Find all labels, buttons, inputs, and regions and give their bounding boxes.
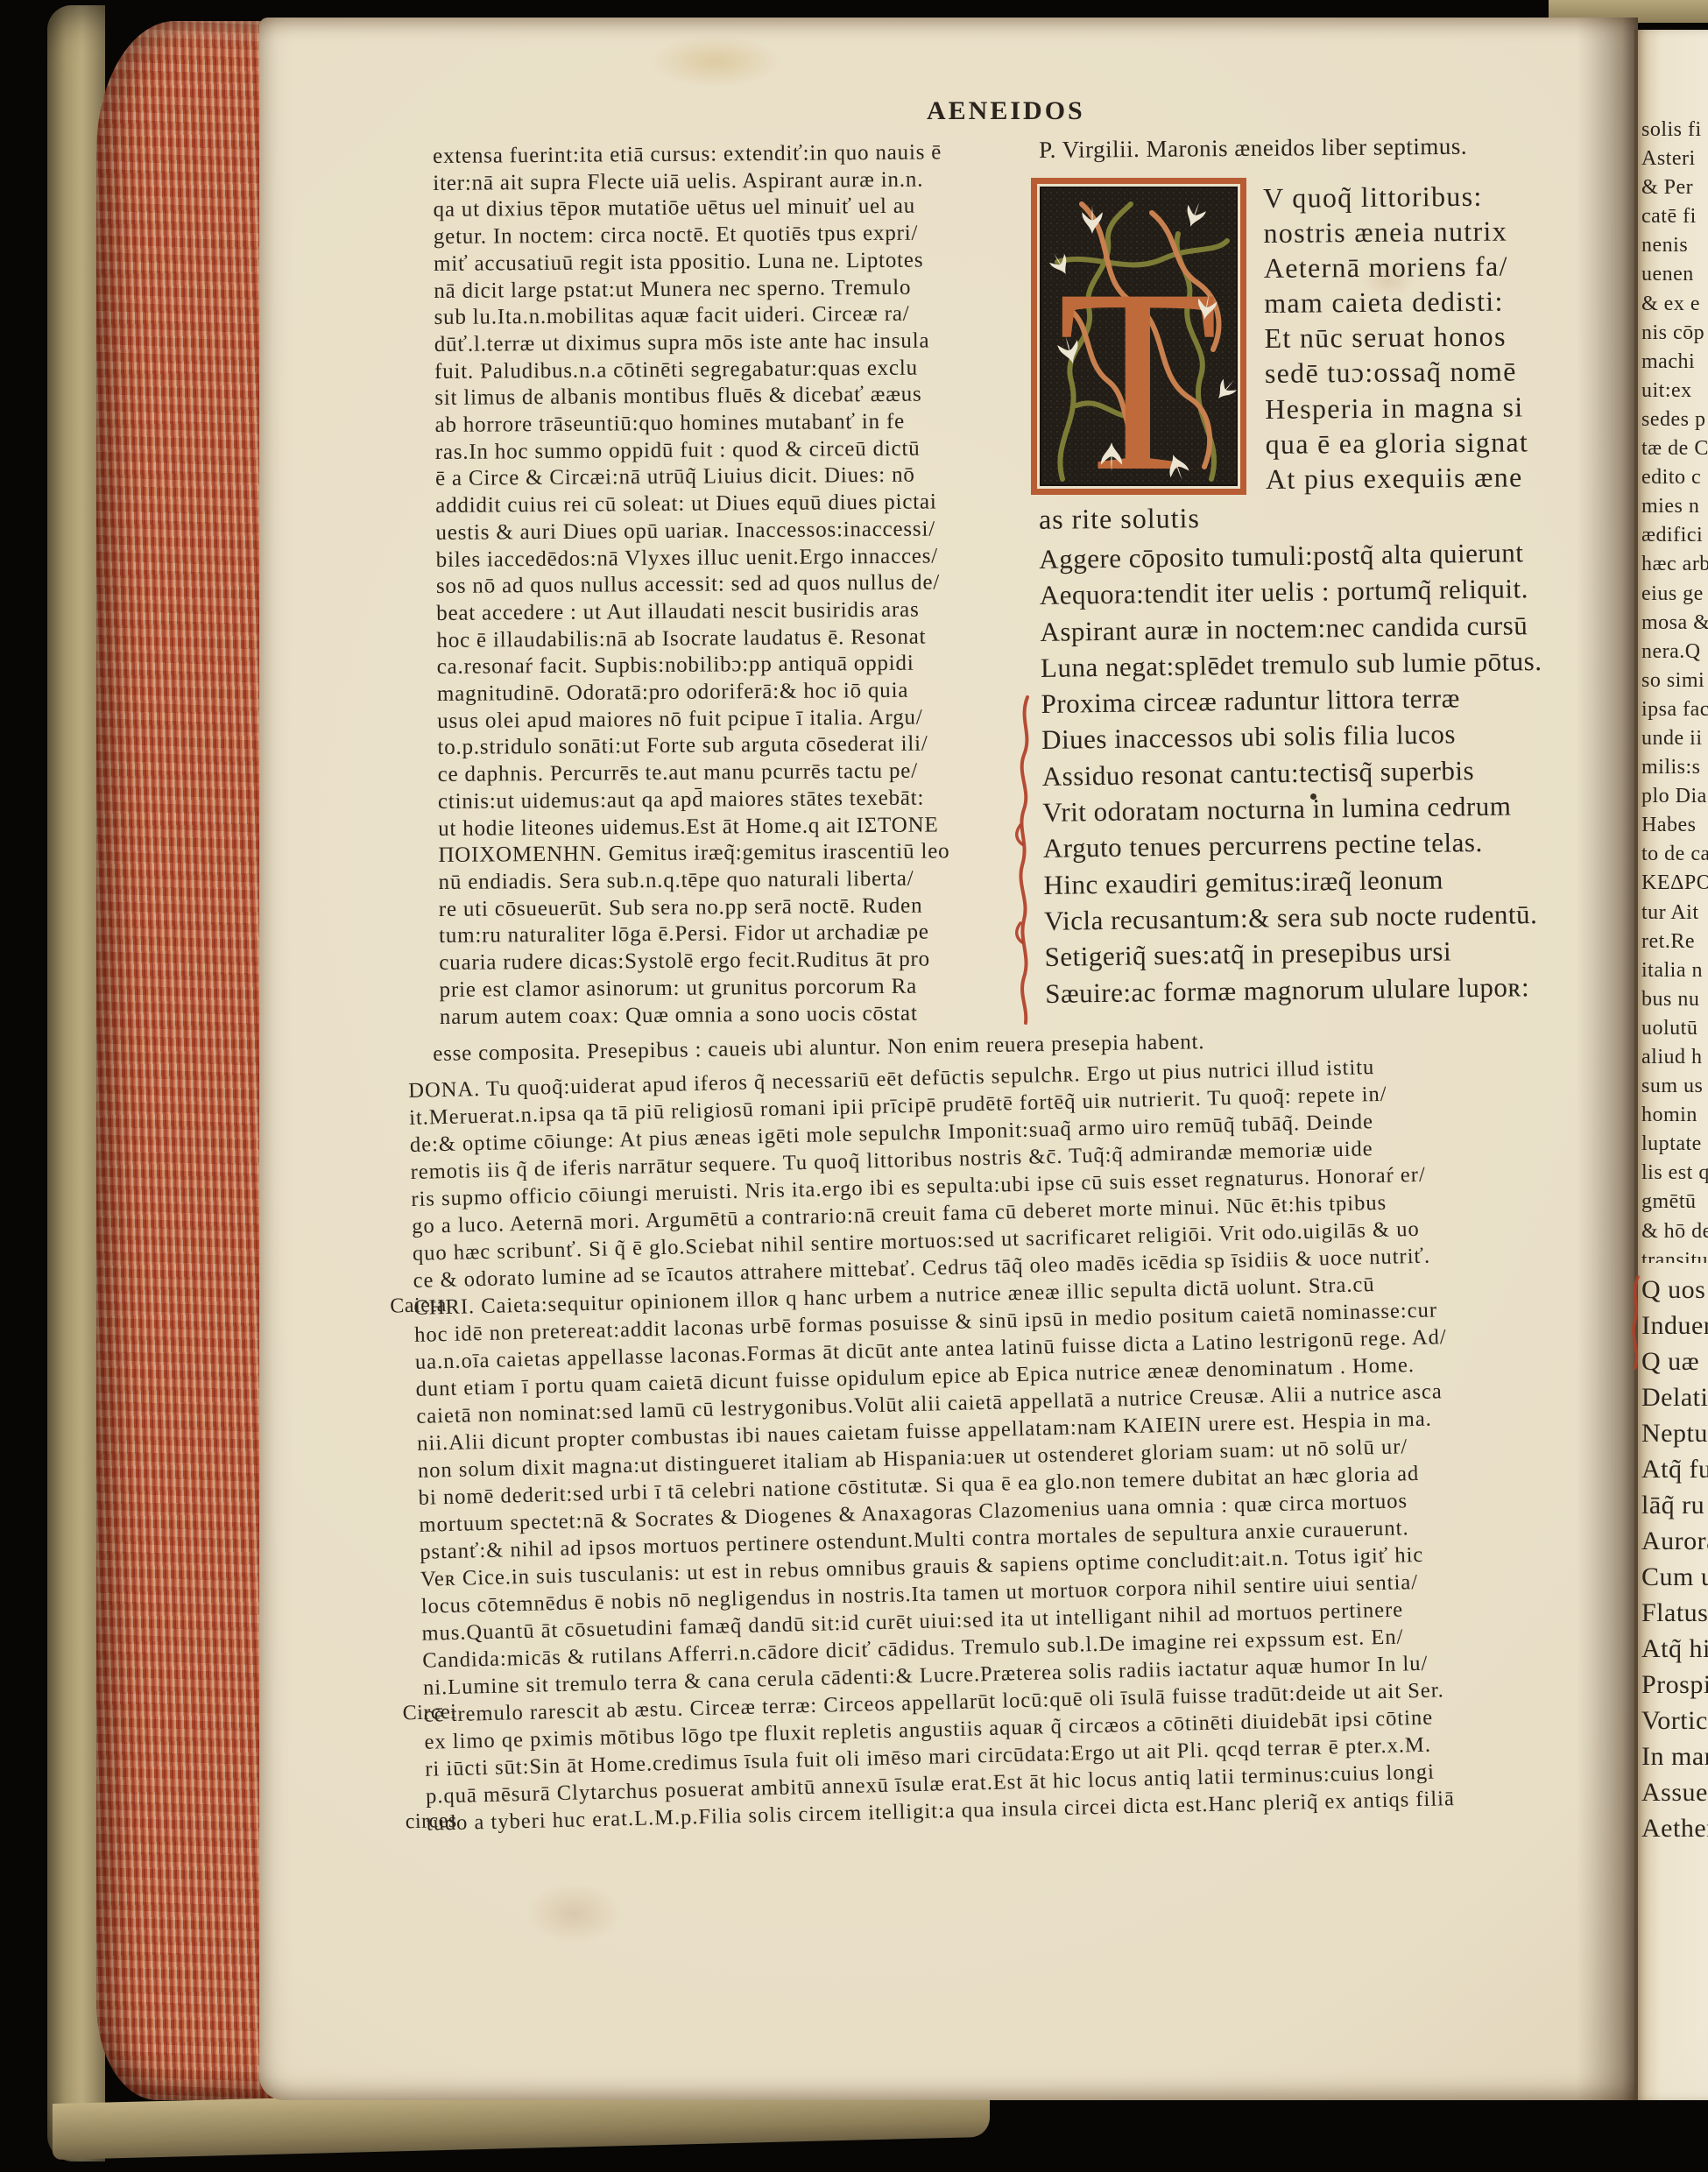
verse-fragment: Flatus: — [1641, 1595, 1708, 1631]
verse-beside-initial: V quoq̃ littoribus:nostris æneia nutrixA… — [1263, 178, 1616, 497]
lower-commentary-block: Caieta Circei circes DONA. Tu quoq̃:uide… — [408, 1047, 1635, 1837]
text-fragment: eius ge — [1641, 580, 1708, 609]
verse-line: nostris æneia nutrix — [1263, 213, 1613, 251]
verse-line: qua ē ea gloria signat — [1265, 423, 1615, 462]
text-fragment: mosa & — [1641, 609, 1708, 638]
text-fragment: uit:ex — [1641, 377, 1708, 405]
verse-line: sedē tuɔ:ossaq̃ nomē — [1265, 353, 1615, 391]
verse-fragment: Delati — [1641, 1379, 1708, 1415]
margin-note-caieta: Caieta — [390, 1292, 447, 1321]
text-fragment: & Per — [1641, 173, 1708, 202]
text-fragment: italia n — [1641, 956, 1708, 985]
text-fragment: ipsa fac — [1641, 695, 1708, 724]
text-fragment: gmētū — [1641, 1188, 1708, 1216]
text-fragment: hæc arb — [1641, 550, 1708, 579]
verse-fragment: Induer — [1641, 1308, 1708, 1343]
text-fragment: aliud h — [1641, 1043, 1708, 1072]
next-page-verse-fragments: Q uosInduerQ uæDelatiNeptuAtq̃ fulāq̃ ru… — [1641, 1272, 1708, 1850]
verse-line: Aeternā moriens fa/ — [1264, 248, 1614, 286]
text-fragment: & hō de — [1641, 1217, 1708, 1246]
text-fragment: uenen — [1641, 260, 1708, 289]
text-fragment: unde ii — [1641, 724, 1708, 753]
verse-line: mam caieta dedisti: — [1264, 283, 1614, 321]
text-fragment: luptate — [1641, 1130, 1708, 1159]
text-fragment: machi — [1641, 348, 1708, 377]
book-photo: { "colors": { "background": "#070605", "… — [0, 0, 1708, 2172]
left-commentary-column: extensa fuerint:ita etiā cursus: extendi… — [433, 139, 1044, 1032]
verse-fragment: Prospi — [1641, 1667, 1708, 1703]
drop-cap-letter: T — [1057, 235, 1217, 495]
verse-continuation-line: as rite solutis — [1039, 502, 1200, 536]
verse-line: At pius exequiis æne — [1266, 458, 1616, 497]
text-fragment: ΚΕΔΡΟΥ — [1641, 869, 1708, 898]
text-line: narum autem coax: Quæ omnia a sono uocis… — [440, 999, 1044, 1031]
margin-note-circei: Circei — [402, 1699, 456, 1727]
verse-fragment: lāq̃ ru — [1641, 1487, 1708, 1523]
text-fragment: transitu — [1641, 1246, 1708, 1263]
text-fragment: uolutū — [1641, 1014, 1708, 1043]
verse-fragment: Atq̃ hi — [1641, 1631, 1708, 1667]
verse-fragment: In mar — [1641, 1738, 1708, 1774]
text-fragment: tur Ait — [1641, 899, 1708, 927]
text-fragment: plo Dia — [1641, 782, 1708, 811]
text-fragment: nera.Q — [1641, 638, 1708, 666]
verse-fragment: Assuet — [1641, 1774, 1708, 1810]
margin-note-circes: circes — [405, 1808, 457, 1836]
text-fragment: so simi — [1641, 666, 1708, 695]
text-fragment: tæ de C — [1641, 434, 1708, 463]
page-stack-fore-edge — [96, 21, 277, 2100]
text-fragment: sedes p — [1641, 405, 1708, 434]
text-fragment: to de ca — [1641, 840, 1708, 869]
text-fragment: homin — [1641, 1101, 1708, 1130]
verse-fragment: Q uæ — [1641, 1343, 1708, 1379]
text-fragment: solis fi — [1641, 116, 1708, 145]
text-fragment: & ex e — [1641, 290, 1708, 319]
text-fragment: nis cōp — [1641, 319, 1708, 348]
verse-column: Aggere cōposito tumuli:postq̃ alta quier… — [1039, 533, 1606, 1012]
verse-fragment: Vortic — [1641, 1703, 1708, 1738]
text-fragment: Asteri — [1641, 145, 1708, 173]
text-fragment: mies n — [1641, 492, 1708, 521]
text-fragment: ædifici — [1641, 521, 1708, 550]
verse-fragment: Cum u — [1641, 1559, 1708, 1595]
book-title-heading: P. Virgilii. Maronis æneidos liber septi… — [1039, 131, 1617, 164]
woodcut-initial-icon: T — [1031, 178, 1246, 495]
text-fragment: catē fi — [1641, 202, 1708, 231]
verse-line: V quoq̃ littoribus: — [1263, 178, 1613, 216]
verse-fragment: Neptu — [1641, 1415, 1708, 1451]
text-fragment: edito c — [1641, 463, 1708, 492]
verse-line: Hesperia in magna si — [1265, 388, 1615, 427]
text-fragment: sum us — [1641, 1072, 1708, 1101]
next-page-text-fragments: solis fiAsteri& Percatē finenisuenen& ex… — [1641, 116, 1708, 1263]
text-fragment: nenis — [1641, 231, 1708, 260]
text-fragment: bus nu — [1641, 985, 1708, 1014]
verse-fragment: Aurora — [1641, 1523, 1708, 1559]
verse-line: Et nūc seruat honos — [1264, 318, 1614, 356]
text-fragment: lis est q — [1641, 1159, 1708, 1188]
verse-fragment: Aether — [1641, 1810, 1708, 1846]
running-header: AENEIDOS — [927, 96, 1119, 126]
verse-fragment: Atq̃ fu — [1641, 1451, 1708, 1487]
text-fragment: ret.Re — [1641, 927, 1708, 956]
decorated-initial-T: T — [1031, 178, 1246, 495]
text-fragment: Habes — [1641, 811, 1708, 840]
verse-fragment: Q uos — [1641, 1272, 1708, 1308]
text-fragment: milis:s — [1641, 753, 1708, 782]
